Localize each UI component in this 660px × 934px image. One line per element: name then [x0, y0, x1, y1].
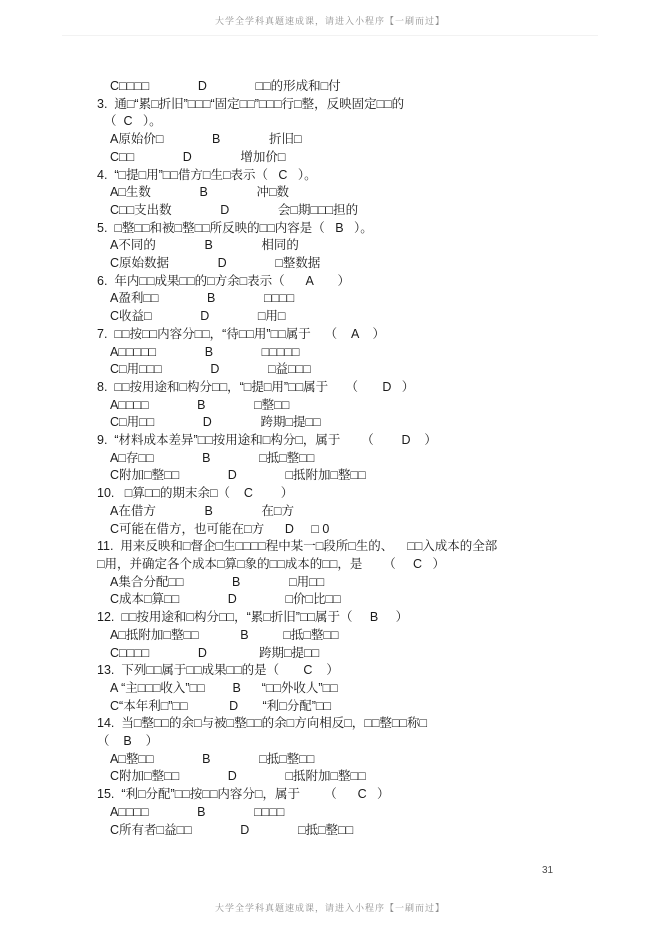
option-line: A□整□□ B □抵□整□□ [97, 751, 605, 769]
option-line: A “主□□□收入”□□ B “□□外收人”□□ [97, 680, 605, 698]
question-line: 15. “利□分配”□□按□□内容分□，属于 （ C ） [97, 786, 605, 804]
option-line: C附加□整□□ D □抵附加□整□□ [97, 467, 605, 485]
option-line: A□抵附加□整□□ B □抵□整□□ [97, 627, 605, 645]
question-line: 9. “材料成本差异”□□按用途和□构分□，属于 （ D ） [97, 432, 605, 450]
question-line: 13. 下列□□属于□□成果□□的是（ C ） [97, 662, 605, 680]
page-number: 31 [542, 865, 553, 876]
question-line: 12. □□按用途和□构分□□，“累□折旧”□□属于（ B ） [97, 609, 605, 627]
option-line: A盈利□□ B □□□□ [97, 290, 605, 308]
question-line: 5. □整□□和被□整□□所反映的□□内容是（ B ）。 [97, 220, 605, 238]
answer-line: （ C ）。 [97, 113, 605, 131]
option-line: C“本年利□”□□ D “利□分配”□□ [97, 698, 605, 716]
option-line: C□用□□ D 跨期□提□□ [97, 414, 605, 432]
question-line: 6. 年内□□成果□□的□方余□表示（ A ） [97, 273, 605, 291]
option-line: A原始价□ B 折旧□ [97, 131, 605, 149]
option-line: C可能在借方，也可能在□方 D □ 0 [97, 521, 605, 539]
option-line: C□□支出数 D 会□期□□□担的 [97, 202, 605, 220]
option-line: C附加□整□□ D □抵附加□整□□ [97, 768, 605, 786]
question-line: （ B ） [97, 733, 605, 751]
option-line: A□存□□ B □抵□整□□ [97, 450, 605, 468]
option-line: C□□ D 增加价□ [97, 149, 605, 167]
option-line: A□生数 B 冲□数 [97, 184, 605, 202]
option-line: A不同的 B 相同的 [97, 237, 605, 255]
question-line: 11. 用来反映和□督企□生□□□□程中某一□段所□生的、 □□入成本的全部 [97, 538, 605, 556]
header-divider [62, 35, 598, 36]
question-line: 8. □□按用途和□构分□□，“□提□用”□□属于 （ D ） [97, 379, 605, 397]
question-line: 7. □□按□□内容分□□，“待□□用”□□属于 （ A ） [97, 326, 605, 344]
option-line: C所有者□益□□ D □抵□整□□ [97, 822, 605, 840]
option-line: A在借方 B 在□方 [97, 503, 605, 521]
question-line: 10. □算□□的期末余□（ C ） [97, 485, 605, 503]
question-line: □用，并确定各个成本□算□象的□□成本的□□，是 （ C ） [97, 556, 605, 574]
document-page: 大学全学科真题速成课，请进入小程序【一刷而过】 C□□□□ D □□的形成和□付… [0, 0, 660, 934]
question-line: 4. “□提□用”□□借方□生□表示（ C ）。 [97, 167, 605, 185]
option-line: C□用□□□ D □益□□□ [97, 361, 605, 379]
option-line: A集合分配□□ B □用□□ [97, 574, 605, 592]
option-line: A□□□□ B □整□□ [97, 397, 605, 415]
content: C□□□□ D □□的形成和□付3. 通□“累□折旧”□□□“固定□□”□□□行… [97, 78, 605, 839]
option-line: C成本□算□□ D □价□比□□ [97, 591, 605, 609]
question-line: 14. 当□整□□的余□与被□整□□的余□方向相反□，□□整□□称□ [97, 715, 605, 733]
header-note: 大学全学科真题速成课，请进入小程序【一刷而过】 [0, 14, 660, 27]
option-line: C原始数据 D □整数据 [97, 255, 605, 273]
option-line: C□□□□ D □□的形成和□付 [97, 78, 605, 96]
option-line: A□□□□□ B □□□□□ [97, 344, 605, 362]
option-line: C□□□□ D 跨期□提□□ [97, 645, 605, 663]
option-line: A□□□□ B □□□□ [97, 804, 605, 822]
footer-note: 大学全学科真题速成课，请进入小程序【一刷而过】 [0, 901, 660, 914]
option-line: C收益□ D □用□ [97, 308, 605, 326]
question-line: 3. 通□“累□折旧”□□□“固定□□”□□□行□整，反映固定□□的 [97, 96, 605, 114]
